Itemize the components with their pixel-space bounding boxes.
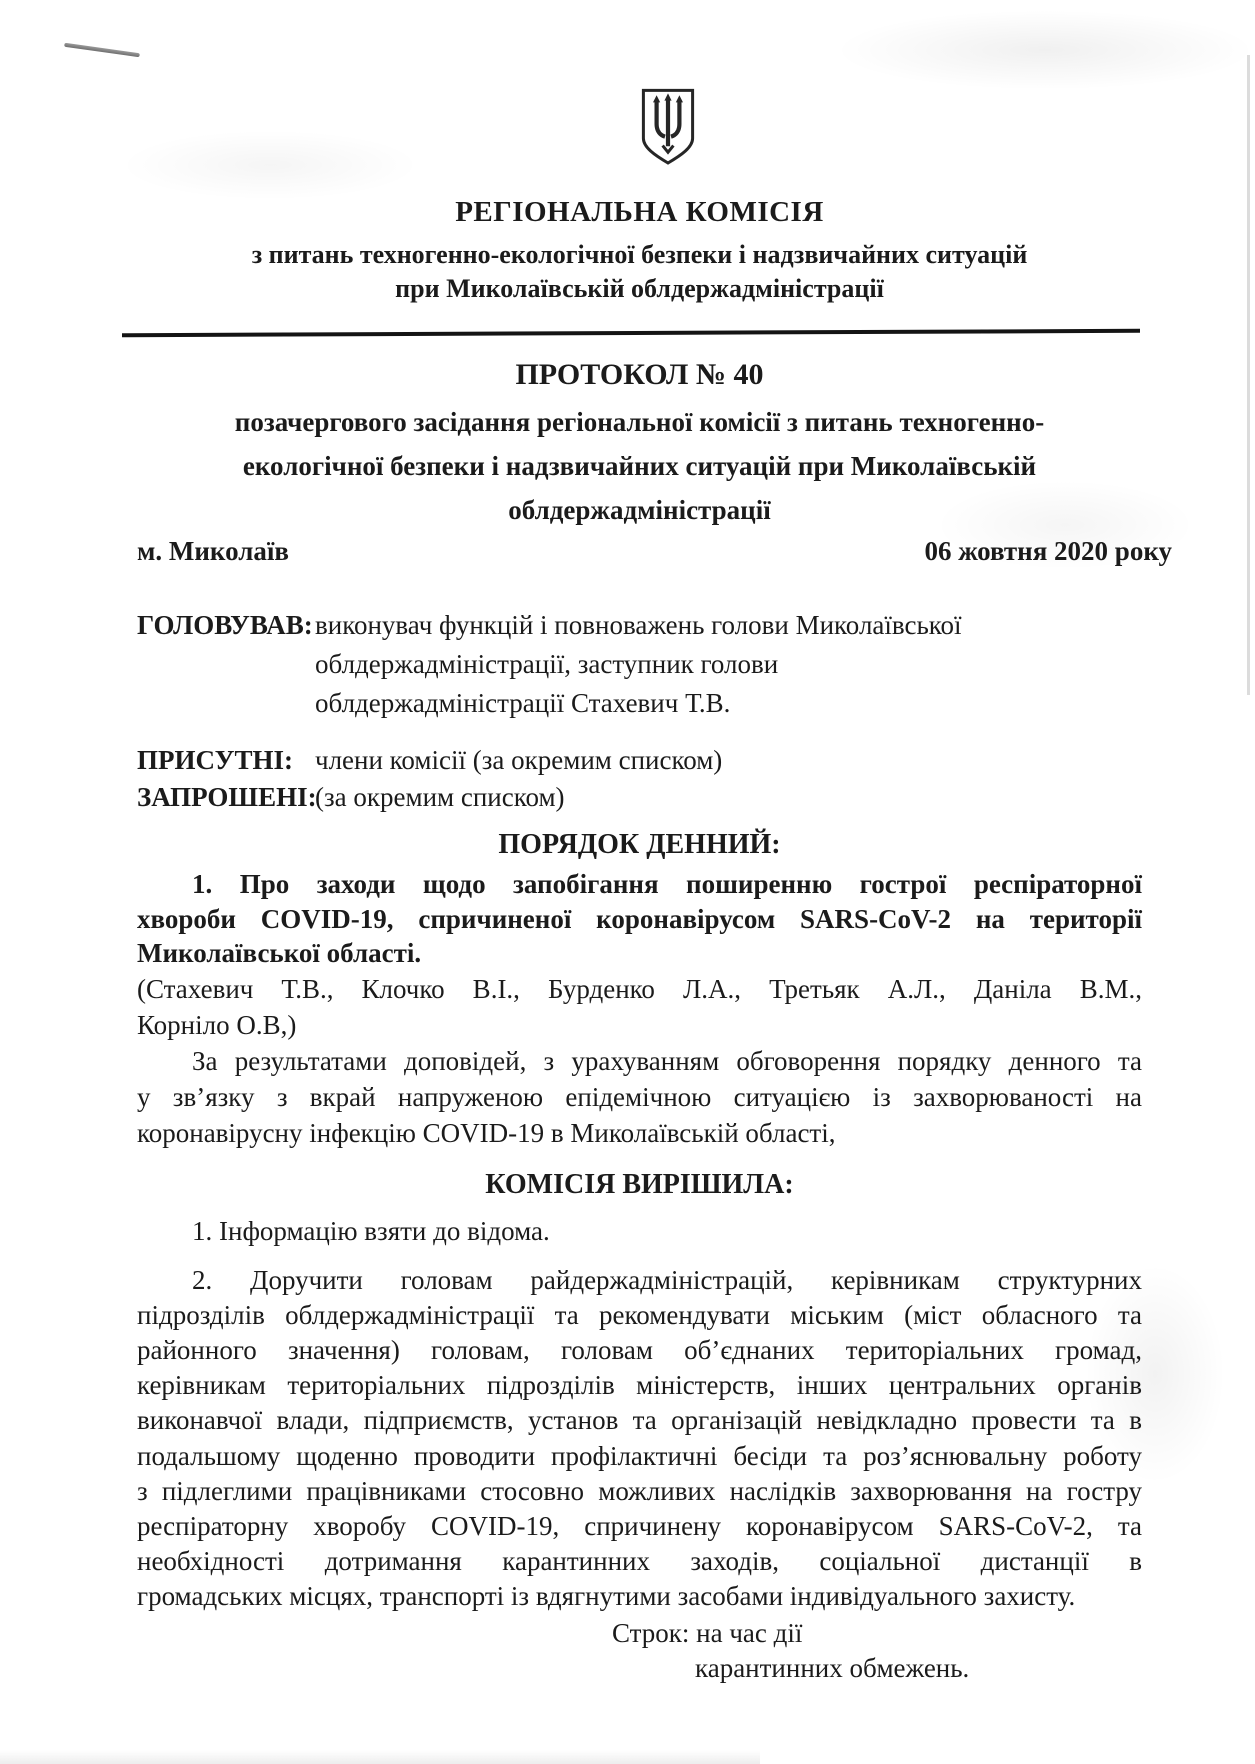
protocol-subtitle-line: позачергового засідання регіональної ком… [137, 400, 1142, 444]
chaired-block: ГОЛОВУВАВ: виконувач функцій і повноваже… [137, 606, 1142, 723]
decision-item-line: громадських місцях, транспорті із вдягну… [137, 1579, 1142, 1614]
decision-item-line: необхідності дотримання карантинних захо… [137, 1544, 1142, 1579]
emblem-container [165, 88, 1170, 166]
present-value: члени комісії (за окремим списком) [315, 742, 1142, 779]
decision-item-line: виконавчої влади, підприємств, установ т… [137, 1403, 1142, 1438]
document-date: 06 жовтня 2020 року [924, 534, 1172, 568]
chaired-line: облдержадміністрації, заступник голови [315, 645, 1142, 684]
decision-item-line: 2. Доручити головам райдержадміністрацій… [137, 1263, 1142, 1298]
chaired-line: облдержадміністрації Стахевич Т.В. [315, 684, 1142, 723]
preamble-line: у зв’язку з вкрай напруженою епідемічною… [137, 1079, 1142, 1115]
meta-row: м. Миколаїв 06 жовтня 2020 року [137, 534, 1142, 568]
agenda-item-1: 1. Про заходи щодо запобігання поширенню… [137, 867, 1142, 971]
decision-item-1: 1. Інформацію взяти до відома. [137, 1214, 1142, 1249]
document-page: РЕГІОНАЛЬНА КОМІСІЯ з питань техногенно-… [0, 0, 1255, 1764]
org-name: РЕГІОНАЛЬНА КОМІСІЯ [137, 196, 1142, 229]
chaired-value: виконувач функцій і повноважень голови М… [315, 606, 1142, 723]
decision-item-line: підрозділів облдержадміністрації та реко… [137, 1298, 1142, 1333]
org-subtitle-line1: з питань техногенно-екологічної безпеки … [137, 238, 1142, 272]
term-line-1: Строк: на час дії [137, 1616, 1142, 1651]
header-divider [122, 329, 1140, 337]
speakers-list: (Стахевич Т.В., Клочко В.І., Бурденко Л.… [137, 971, 1142, 1043]
scan-artifact-dash [64, 43, 140, 58]
decision-item-line: респіраторну хворобу COVID-19, спричинен… [137, 1509, 1142, 1544]
agenda-item-line: Миколаївської області. [137, 936, 1142, 971]
preamble-line: За результатами доповідей, з урахуванням… [137, 1043, 1142, 1079]
present-block: ПРИСУТНІ: члени комісії (за окремим спис… [137, 742, 1142, 779]
preamble-line: коронавірусну інфекцію COVID-19 в Микола… [137, 1115, 1142, 1151]
term-line-2: карантинних обмежень. [137, 1651, 1142, 1686]
agenda-item-line: хвороби COVID-19, спричиненої коронавіру… [137, 902, 1142, 937]
scan-edge-streak [1247, 55, 1250, 695]
decision-item-2: 2. Доручити головам райдержадміністрацій… [137, 1263, 1142, 1615]
agenda-item-line: 1. Про заходи щодо запобігання поширенню… [137, 867, 1142, 902]
speakers-line: Корніло О.В,) [137, 1007, 1142, 1043]
protocol-subtitle-line: облдержадміністрації [137, 488, 1142, 532]
chaired-line: виконувач функцій і повноважень голови М… [315, 606, 1142, 645]
decision-item-line: районного значення) головам, головам об’… [137, 1333, 1142, 1368]
decision-item-line: подальшому щоденно проводити профілактич… [137, 1439, 1142, 1474]
ukraine-trident-emblem [637, 88, 699, 166]
chaired-label: ГОЛОВУВАВ: [137, 606, 315, 723]
decision-item-line: з підлеглими працівниками стосовно можли… [137, 1474, 1142, 1509]
document-place: м. Миколаїв [137, 534, 289, 568]
protocol-subtitle: позачергового засідання регіональної ком… [137, 400, 1142, 532]
protocol-subtitle-line: екологічної безпеки і надзвичайних ситуа… [137, 444, 1142, 488]
agenda-heading: ПОРЯДОК ДЕННИЙ: [137, 828, 1142, 862]
org-subtitle-line2: при Миколаївській облдержадміністрації [137, 272, 1142, 306]
decision-item-line: керівникам територіальних підрозділів мі… [137, 1368, 1142, 1403]
invited-block: ЗАПРОШЕНІ: (за окремим списком) [137, 779, 1142, 816]
protocol-number: ПРОТОКОЛ № 40 [137, 358, 1142, 392]
invited-value: (за окремим списком) [315, 779, 1142, 816]
scan-smudge [0, 1750, 760, 1764]
present-label: ПРИСУТНІ: [137, 742, 315, 779]
invited-label: ЗАПРОШЕНІ: [137, 779, 315, 816]
speakers-line: (Стахевич Т.В., Клочко В.І., Бурденко Л.… [137, 971, 1142, 1007]
preamble: За результатами доповідей, з урахуванням… [137, 1043, 1142, 1151]
decision-heading: КОМІСІЯ ВИРІШИЛА: [137, 1168, 1142, 1202]
